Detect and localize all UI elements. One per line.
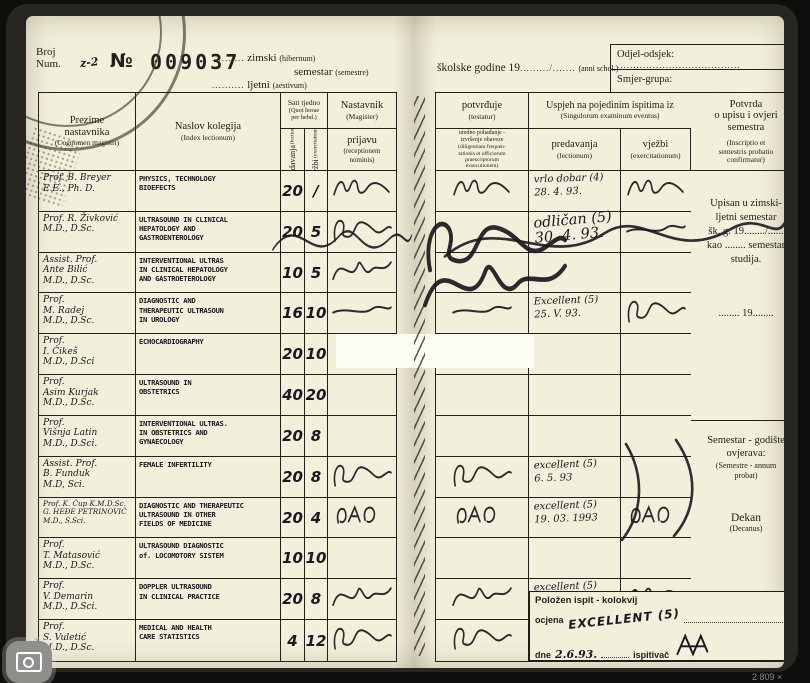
teacher-signature-cell [328,375,396,415]
screenshot-camera-icon[interactable] [6,641,52,683]
handwritten-exam-grade: EXCELLENT (5) [567,606,680,632]
teacher-signature-cell [328,416,396,456]
signature-scribble [331,257,393,283]
signup-header: prijavu (receptionem nominis) [328,129,396,171]
exercise-hours-cell: 8 [305,579,328,619]
lecture-grade-cell [529,375,621,415]
header-text: prijavu [347,135,377,147]
exercise-hours-cell: 8 [305,457,328,497]
teacher-name-cell: Prof. V. Demarin M.D., D.Sci. [39,579,136,619]
exercise-hours-cell: 5 [305,253,328,293]
teacher-signature-cell [328,253,396,293]
no-symbol: № [110,50,133,72]
certify-signature-cell [436,416,529,456]
certifies-header: potvrđuje (testatur) [436,93,529,129]
school-year-dots: ........./....... [520,63,576,73]
divider [610,44,611,92]
exercise-grade-cell [621,293,691,333]
examiner-label: ispitivač [633,650,669,660]
exercise-grade-cell [621,498,691,538]
table-row: Assist. Prof. B. Funduk M.D, Sci.FEMALE … [39,457,396,498]
header-latin: (Singulorum examinum eventus) [561,112,660,121]
department-label: Odjel-odsjek: [617,49,674,60]
enrollment-confirmation-cell: Upisan u zimski- ljetni semestar šk. g. … [691,171,784,421]
signature-scribble [451,461,513,487]
exercises-header: vježbi(exercitationum) [305,129,328,171]
verification-latin: (Semestre - annum probat) [691,461,784,480]
table-row [436,416,691,457]
teacher-name-cell: Assist. Prof. B. Funduk M.D, Sci. [39,457,136,497]
signature-scribble [331,175,393,201]
lecture-hours-cell: 10 [281,538,305,578]
header-latin: (testatur) [468,113,495,122]
certify-signature-cell [436,579,529,619]
grade-label: ocjena [535,615,564,625]
lecture-hours-cell: 20 [281,416,305,456]
signature-scribble [331,502,393,528]
teacher-name-cell: Prof. Asim Kurjak M.D., D.Sc. [39,375,136,415]
header-latin: (receptionem nominis) [344,147,381,164]
attendance-header: uredno pohađanje - izvršenje obaveze (di… [436,129,529,171]
header-latin: (exercitationum) [312,129,321,158]
header-text: vježbi [643,139,669,151]
teacher-name-cell: Prof. K. Ćup K.M.D.Sc. G. HEĐE PETRINOVI… [39,498,136,538]
certify-signature-cell [436,538,529,578]
exercise-grade-cell [621,457,691,497]
teacher-signature-cell [328,579,396,619]
table-row: Prof. Asim Kurjak M.D., D.Sc.ULTRASOUND … [39,375,396,416]
course-title-cell: ULTRASOUND IN OBSTETRICS [136,375,281,415]
resolution-note: 2 809 × [752,672,782,682]
white-redaction-box [336,334,534,368]
course-title-cell: INTERVENTIONAL ULTRAS IN CLINICAL HEPATO… [136,253,281,293]
certify-signature-cell [436,375,529,415]
semester-line: semestar (semestre) [294,66,369,78]
lecture-hours-cell: 20 [281,498,305,538]
date-label: dne [535,650,551,660]
exam-passed-box: Položen ispit - kolokvij ocjena EXCELLEN… [529,591,784,661]
teacher-signature-cell [328,538,396,578]
exercise-grade-cell [621,212,691,252]
header-latin: (lectionum) [557,152,592,161]
table-row [436,253,691,294]
signature-scribble [451,583,513,609]
table-row: excellent (5) 6. 5. 93 [436,457,691,498]
verification-text: Semestar - godište ovjerava: [691,435,784,460]
header-text: Naslov kolegija [175,121,241,133]
table-row: excellent (5) 19. 03. 1993 [436,498,691,539]
course-title-cell: ECHOCARDIOGRAPHY [136,334,281,374]
header-text: Prezime nastavnika [65,115,110,138]
exercise-hours-cell: 12 [305,620,328,661]
lectures-grade-header: predavanja (lectionum) [529,129,621,171]
signature-scribble [625,297,687,323]
header-latin: (Inscriptio et semestris probatio confir… [719,139,774,165]
book-pages: Broj Num. z-2 № 009037 .......... zimski… [26,16,784,668]
table-row: Prof. K. Ćup K.M.D.Sc. G. HEĐE PETRINOVI… [39,498,396,539]
handwritten-code: z-2 [79,55,99,70]
signature-scribble [420,254,570,314]
header-text: uredno pohađanje - izvršenje obaveze [459,130,505,144]
confirmation-header: Potvrda o upisu i ovjeri semestra (Inscr… [691,93,784,171]
exercise-hours-cell: 4 [305,498,328,538]
exercise-hours-cell: 10 [305,334,328,374]
exercise-hours-cell: 10 [305,293,328,333]
lecture-grade-cell: excellent (5) 6. 5. 93 [529,457,621,497]
header-text: Potvrda o upisu i ovjeri semestra [714,99,777,134]
header-latin: (lectionum) [288,129,297,145]
divider [610,44,784,45]
signature-scribble [625,175,687,201]
exercise-hours-cell: 5 [305,212,328,252]
exercise-grade-cell [621,171,691,211]
number-label: Broj Num. [36,46,61,70]
table-row: Prof. B. Breyer E.E., Ph. D.PHYSICS, TEC… [39,171,396,212]
signature-scribble [331,216,393,242]
semester-label: semestar [294,66,332,78]
signature-scribble [331,297,393,323]
course-title-cell: FEMALE INFERTILITY [136,457,281,497]
dotted-line [684,612,784,623]
table-row: Prof. T. Matasović M.D., D.Sc.ULTRASOUND… [39,538,396,579]
summer-latin: (aestivum) [273,81,307,90]
handwritten-exam-date: 2.6.93. [555,648,597,661]
binding-stitches [414,96,425,656]
table-row: Prof. S. Vuletić M.D., D.Sc.MEDICAL AND … [39,620,396,661]
enrollment-text: Upisan u zimski- ljetni semestar šk. g. … [691,197,784,267]
lecture-hours-cell: 20 [281,212,305,252]
department-line: Odjel-odsjek: ..........................… [617,49,784,71]
exercise-grade-cell [621,416,691,456]
teacher-name-cell: Prof. I. Čikeš M.D., D.Sci [39,334,136,374]
exercise-grade-cell [621,253,691,293]
table-row: Prof. M. Radej M.D., D.Sc.DIAGNOSTIC AND… [39,293,396,334]
summer-label: ljetni [247,79,270,91]
summer-semester-line: .......... ljetni (aestivum) [212,79,307,91]
dotted-leader: .......... [212,80,245,90]
table-row: Assist. Prof. Ante Bilić M.D., D.Sc.INTE… [39,253,396,294]
certify-signature-cell [436,457,529,497]
handwritten-grade: vrlo dobar (4) 28. 4. 93. [534,172,621,200]
exercise-hours-cell: 10 [305,538,328,578]
lecture-hours-cell: 10 [281,253,305,293]
header-text: predavanja [287,146,299,171]
header-text: Uspjeh na pojedinim ispitima iz [546,100,674,111]
certify-signature-cell [436,498,529,538]
table-row: Prof. Višnja Latin M.D., D.Sci.INTERVENT… [39,416,396,457]
lecture-grade-cell [529,538,621,578]
course-title-cell: ULTRASOUND IN CLINICAL HEPATOLOGY AND GA… [136,212,281,252]
exam-box-title: Položen ispit - kolokvij [535,595,784,606]
table-row: vrlo dobar (4) 28. 4. 93. [436,171,691,212]
table-row: Prof. R. Živković M.D., D.Sc.ULTRASOUND … [39,212,396,253]
certify-signature-cell [436,620,529,661]
exams-table: potvrđuje (testatur) uredno pohađanje - … [435,92,784,662]
header-latin: (Magister) [346,113,378,122]
examiner-signature [673,632,713,658]
lectures-header: predavanja(lectionum) [281,129,305,171]
table-row [436,375,691,416]
signature-scribble [451,624,513,650]
header-text: vježbi [310,159,322,171]
dotted-line [601,647,629,658]
exercise-hours-cell: 8 [305,416,328,456]
teacher-name-cell: Prof. T. Matasović M.D., D.Sc. [39,538,136,578]
lecture-hours-cell: 40 [281,375,305,415]
lecture-grade-cell: excellent (5) 19. 03. 1993 [529,498,621,538]
signature-scribble [331,583,393,609]
certify-signature-cell [436,212,529,252]
course-title-cell: MEDICAL AND HEALTH CARE STATISTICS [136,620,281,661]
exam-success-header: Uspjeh na pojedinim ispitima iz (Singulo… [529,93,691,129]
teacher-signature-cell [328,212,396,252]
header-text: predavanja [551,139,597,151]
header-text: potvrđuje [462,100,502,112]
lecture-hours-cell: 20 [281,457,305,497]
header-text: Sati tjedno [288,99,320,107]
lecture-hours-cell: 20 [281,579,305,619]
signature-scribble [331,461,393,487]
certify-signature-cell [436,253,529,293]
teacher-name-cell: Prof. Višnja Latin M.D., D.Sci. [39,416,136,456]
header-latin: (exercitationum) [631,152,681,161]
course-title-header: Naslov kolegija (Index lectionum) [136,93,281,171]
winter-latin: (hibernum) [279,54,315,63]
handwritten-grade: excellent (5) 6. 5. 93 [534,457,621,485]
exercise-grade-cell [621,334,691,374]
dean-latin: (Decanus) [691,524,784,533]
dean-label: Dekan [691,512,784,524]
exercise-hours-cell: / [305,171,328,211]
exercises-grade-header: vježbi (exercitationum) [621,129,691,171]
teacher-name-cell: Prof. S. Vuletić M.D., D.Sc. [39,620,136,661]
certify-signature-cell [436,171,529,211]
signature-scribble [331,624,393,650]
exercise-grade-cell [621,375,691,415]
courses-table: Prezime nastavnika (Cognomen magistri) N… [38,92,397,662]
course-title-cell: DOPPLER ULTRASOUND IN CLINICAL PRACTICE [136,579,281,619]
dotted-leader: .......... [212,53,245,63]
table-row [436,538,691,579]
signature-scribble [625,502,687,528]
header-latin: (Index lectionum) [181,134,235,143]
department-dots: ...................................... [617,60,741,70]
course-title-cell: PHYSICS, TECHNOLOGY BIOEFECTS [136,171,281,211]
course-title-cell: INTERVENTIONAL ULTRAS. IN OBSTETRICS AND… [136,416,281,456]
scanned-student-index-book: Broj Num. z-2 № 009037 .......... zimski… [0,0,810,683]
teacher-signature-cell [328,498,396,538]
teacher-signature-cell [328,171,396,211]
lecture-grade-cell [529,334,621,374]
lecture-hours-cell: 4 [281,620,305,661]
camera-glyph [16,652,42,672]
teacher-name-cell: Assist. Prof. Ante Bilić M.D., D.Sc. [39,253,136,293]
handwritten-grade: excellent (5) 19. 03. 1993 [534,498,621,526]
teacher-header: Nastavnik (Magister) [328,93,396,129]
lecture-grade-cell: vrlo dobar (4) 28. 4. 93. [529,171,621,211]
header-latin: (Quot horae per hebd.) [289,108,319,122]
lecture-hours-cell: 16 [281,293,305,333]
exercise-grade-cell [621,538,691,578]
course-title-cell: DIAGNOSTIC AND THERAPEUTIC ULTRASOUN IN … [136,293,281,333]
track-group-label: Smjer-grupa: [617,74,672,85]
semester-latin: (semestre) [335,68,368,77]
header-latin: (diligentiam frequen- tationis et offici… [458,144,506,169]
signature-scribble [625,216,687,242]
teacher-name-cell: Prof. R. Živković M.D., D.Sc. [39,212,136,252]
school-year-label: školske godine 19 [437,62,520,74]
course-title-cell: ULTRASOUND DIAGNOSTIC of. LOCOMOTORY SIS… [136,538,281,578]
weekly-hours-header: Sati tjedno (Quot horae per hebd.) [281,93,328,129]
course-title-cell: DIAGNOSTIC AND THERAPEUTIC ULTRASOUND IN… [136,498,281,538]
signature-scribble [451,175,513,201]
teacher-signature-cell [328,620,396,661]
lecture-hours-cell: 20 [281,334,305,374]
teacher-name-cell: Prof. M. Radej M.D., D.Sc. [39,293,136,333]
table-row: Prof. V. Demarin M.D., D.Sci.DOPPLER ULT… [39,579,396,620]
exercise-hours-cell: 20 [305,375,328,415]
lecture-grade-cell [529,416,621,456]
lecture-hours-cell: 20 [281,171,305,211]
enrollment-date-line: ........ 19........ [691,307,784,321]
winter-semester-line: .......... zimski (hibernum) [212,52,315,64]
school-year-line: školske godine 19........./....... (anni… [437,62,618,74]
teacher-signature-cell [328,457,396,497]
header-text: Nastavnik [341,100,384,112]
signature-scribble [451,502,513,528]
winter-label: zimski [247,52,276,64]
table-row: odličan (5) 30. 4. 93. [436,212,691,253]
teacher-signature-cell [328,293,396,333]
